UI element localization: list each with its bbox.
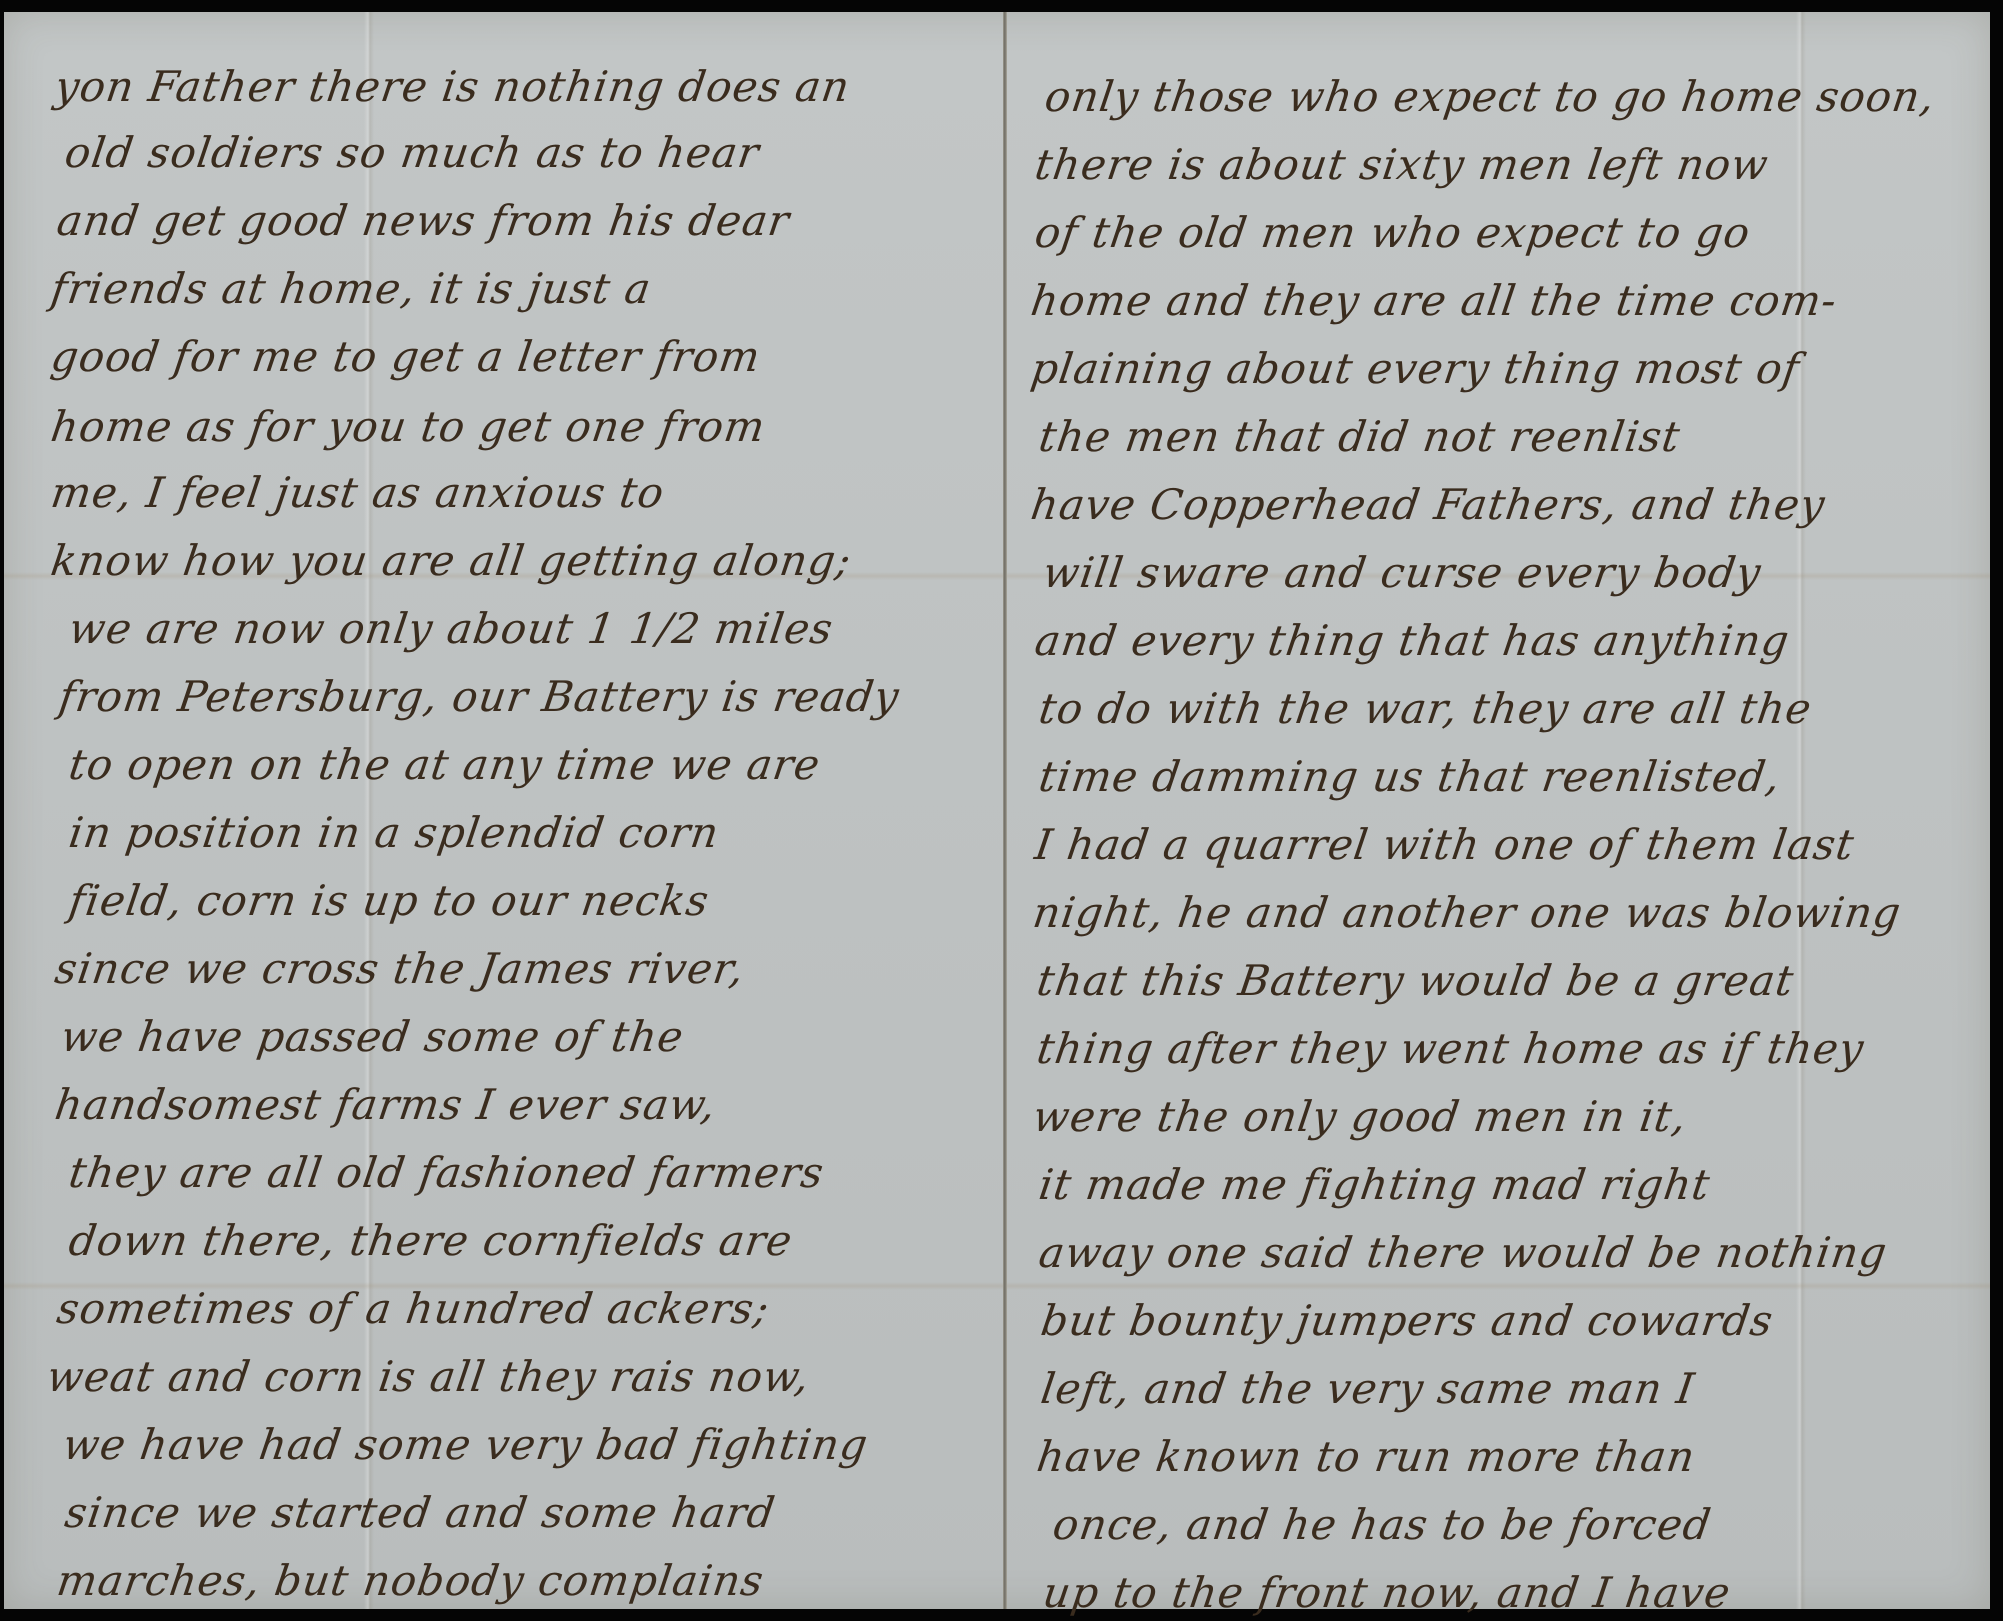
handwritten-line: handsomest farms I ever saw, <box>52 1080 719 1129</box>
handwritten-line: have Copperhead Fathers, and they <box>1028 480 1829 529</box>
handwritten-line: up to the front now, and I have <box>1040 1568 1734 1617</box>
handwritten-line: time damming us that reenlisted, <box>1036 752 1784 801</box>
handwritten-line: the men that did not reenlist <box>1036 412 1684 461</box>
handwritten-line: marches, but nobody complains <box>54 1556 767 1605</box>
handwritten-line: to open on the at any time we are <box>66 740 824 789</box>
right-page: only those who expect to go home soon, t… <box>1022 62 1962 1602</box>
left-page: yon Father there is nothing does an old … <box>44 62 1004 1602</box>
handwritten-line: will sware and curse every body <box>1040 548 1764 597</box>
handwritten-line: they are all old fashioned farmers <box>66 1148 827 1197</box>
handwritten-line: know how you are all getting along; <box>48 536 855 585</box>
handwritten-line: friends at home, it is just a <box>48 264 655 313</box>
handwritten-line: in position in a splendid corn <box>66 808 722 857</box>
handwritten-line: that this Battery would be a great <box>1034 956 1797 1005</box>
handwritten-line: of the old men who expect to go <box>1032 208 1754 257</box>
handwritten-line: home and they are all the time com- <box>1028 276 1840 325</box>
handwritten-line: only those who expect to go home soon, <box>1042 72 1938 121</box>
handwritten-line: thing after they went home as if they <box>1034 1024 1867 1073</box>
handwritten-line: me, I feel just as anxious to <box>48 468 668 517</box>
handwritten-line: I had a quarrel with one of them last <box>1032 820 1858 869</box>
handwritten-line: it made me fighting mad right <box>1036 1160 1713 1209</box>
handwritten-line: to do with the war, they are all the <box>1036 684 1815 733</box>
handwritten-line: night, he and another one was blowing <box>1030 888 1904 937</box>
handwritten-line: left, and the very same man I <box>1038 1364 1698 1413</box>
handwritten-line: sometimes of a hundred ackers; <box>54 1284 773 1333</box>
handwritten-line: but bounty jumpers and cowards <box>1038 1296 1777 1345</box>
handwritten-line: old soldiers so much as to hear <box>62 128 763 177</box>
handwritten-line: away one said there would be nothing <box>1036 1228 1891 1277</box>
handwritten-line: yon Father there is nothing does an <box>52 62 853 111</box>
handwritten-line: and get good news from his dear <box>54 196 793 245</box>
handwritten-line: have known to run more than <box>1034 1432 1699 1481</box>
handwritten-line: were the only good men in it, <box>1030 1092 1690 1141</box>
handwritten-line: and every thing that has anything <box>1032 616 1793 665</box>
handwritten-line: we have passed some of the <box>58 1012 687 1061</box>
handwritten-line: down there, there cornfields are <box>66 1216 796 1265</box>
handwritten-line: plaining about every thing most of <box>1028 344 1803 393</box>
handwritten-line: home as for you to get one from <box>48 402 769 451</box>
letter-sheet: yon Father there is nothing does an old … <box>4 12 1990 1609</box>
handwritten-line: weat and corn is all they rais now, <box>44 1352 813 1401</box>
handwritten-line: good for me to get a letter from <box>48 332 764 381</box>
handwritten-line: we are now only about 1 1/2 miles <box>66 604 836 653</box>
handwritten-line: since we cross the James river, <box>52 944 748 993</box>
handwritten-line: since we started and some hard <box>62 1488 779 1537</box>
handwritten-line: from Petersburg, our Battery is ready <box>56 672 903 721</box>
handwritten-line: field, corn is up to our necks <box>66 876 712 925</box>
handwritten-line: once, and he has to be forced <box>1050 1500 1715 1549</box>
handwritten-line: we have had some very bad fighting <box>60 1420 871 1469</box>
handwritten-line: there is about sixty men left now <box>1032 140 1772 189</box>
